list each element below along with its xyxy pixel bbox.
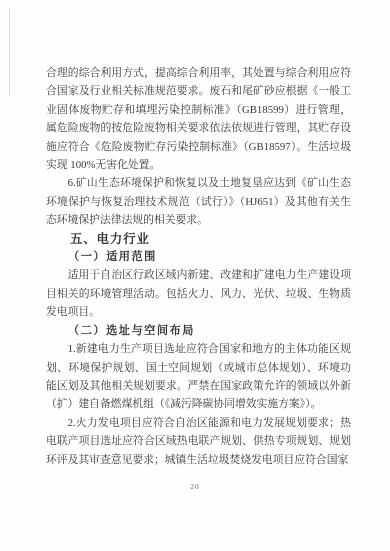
paragraph: 6.矿山生态环境保护和恢复以及土地复垦应达到《矿山生态环境保护与恢复治理技术规范… — [46, 174, 351, 229]
document-page: 合理的综合利用方式，提高综合利用率，其处置与综合利用应符合国家及行业相关标准规范… — [0, 0, 390, 551]
heading2: （二）选址与空间布局 — [46, 322, 351, 340]
heading1: 五、电力行业 — [46, 230, 351, 248]
document-body: 合理的综合利用方式，提高综合利用率，其处置与综合利用应符合国家及行业相关标准规范… — [46, 64, 351, 469]
scan-artifact-line — [9, 8, 10, 96]
paragraph: 适用于自治区行政区域内新建、改建和扩建电力生产建设项目相关的环境管理活动。包括火… — [46, 266, 351, 321]
paragraph: 合理的综合利用方式，提高综合利用率，其处置与综合利用应符合国家及行业相关标准规范… — [46, 64, 351, 174]
heading2: （一）适用范围 — [46, 248, 351, 266]
paragraph: 1.新建电力生产项目选址应符合国家和地方的主体功能区规划、环境保护规划、国土空间… — [46, 340, 351, 414]
paragraph: 2.火力发电项目应符合自治区能源和电力发展规划要求；热电联产项目选址应符合区域热… — [46, 414, 351, 469]
page-number: 20 — [0, 482, 390, 491]
